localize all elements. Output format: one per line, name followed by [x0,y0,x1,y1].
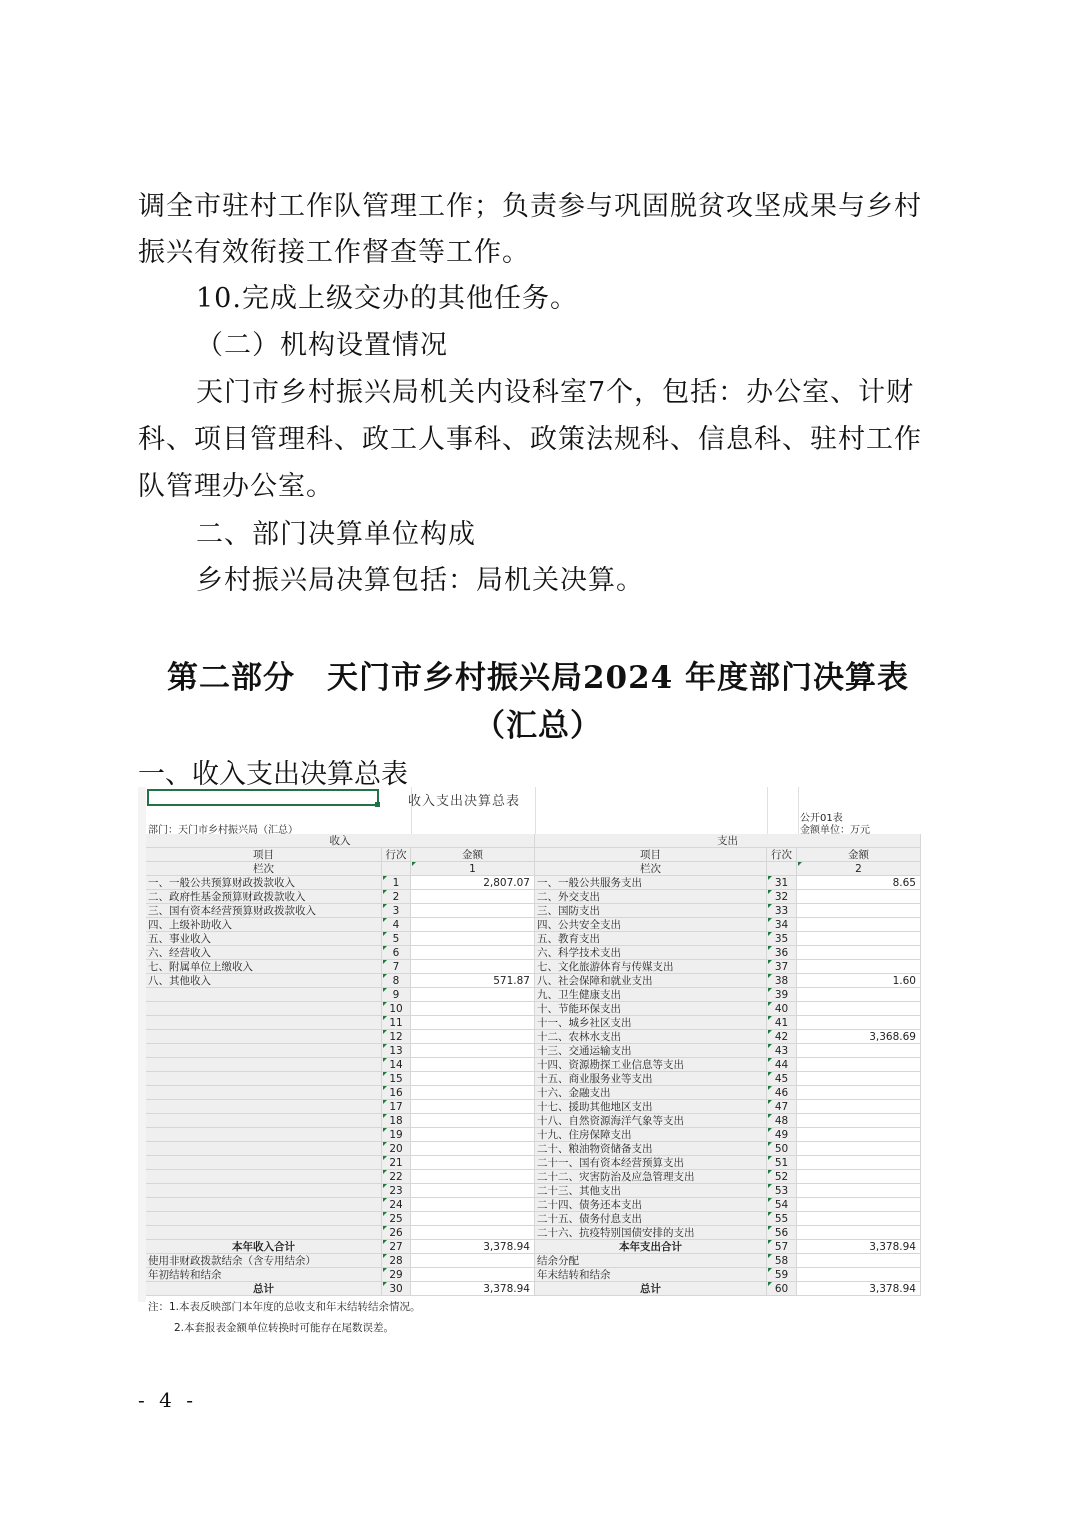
income-amount[interactable] [411,1156,535,1170]
income-item[interactable] [146,1114,382,1128]
expense-item[interactable]: 二十、粮油物资储备支出 [535,1142,767,1156]
error-indicator-icon [768,1058,772,1062]
income-amount[interactable] [411,932,535,946]
error-indicator-icon [383,1268,387,1272]
income-item[interactable] [146,1198,382,1212]
error-indicator-icon [768,960,772,964]
income-item[interactable] [146,1016,382,1030]
table-row: 17十七、援助其他地区支出47 [138,1100,938,1114]
expense-amount[interactable] [797,1156,921,1170]
table-row: 14十四、资源勘探工业信息等支出44 [138,1058,938,1072]
expense-item[interactable]: 四、公共安全支出 [535,918,767,932]
table-row: 总计303,378.94总计603,378.94 [138,1282,938,1296]
table-row: 24二十四、债务还本支出54 [138,1198,938,1212]
income-amount[interactable]: 3,378.94 [411,1240,535,1254]
expense-item[interactable]: 二十一、国有资本经营预算支出 [535,1156,767,1170]
expense-item[interactable]: 十八、自然资源海洋气象等支出 [535,1114,767,1128]
error-indicator-icon [768,918,772,922]
income-amount[interactable] [411,1044,535,1058]
error-indicator-icon [768,988,772,992]
income-amount[interactable] [411,1114,535,1128]
table-row: 15十五、商业服务业等支出45 [138,1072,938,1086]
table-row: 13十三、交通运输支出43 [138,1044,938,1058]
paragraph-line: 二、部门决算单位构成 [196,512,996,558]
table-row: 八、其他收入8571.87八、社会保障和就业支出381.60 [138,974,938,988]
income-item[interactable]: 二、政府性基金预算财政拨款收入 [146,890,382,904]
expense-amount[interactable] [797,946,921,960]
paragraph-line: 振兴有效衔接工作督查等工作。 [138,230,938,276]
expense-item[interactable]: 二十六、抗疫特别国债安排的支出 [535,1226,767,1240]
error-indicator-icon [768,1240,772,1244]
paragraph-line: 科、项目管理科、政工人事科、政策法规科、信息科、驻村工作 [138,417,938,463]
expense-amount[interactable] [797,1086,921,1100]
col-index-label: 栏次 [146,862,382,876]
error-indicator-icon [383,932,387,936]
expense-item[interactable]: 三、国防支出 [535,904,767,918]
table-row: 一、一般公共预算财政拨款收入12,807.07一、一般公共服务支出318.65 [138,876,938,890]
col-index-blank [382,862,411,876]
table-row: 年初结转和结余29年末结转和结余59 [138,1268,938,1282]
col-row-no-header: 行次 [382,848,411,862]
error-indicator-icon [768,932,772,936]
col-index-expense: 2 [797,862,921,876]
error-indicator-icon [383,1114,387,1118]
expense-item[interactable]: 十二、农林水支出 [535,1030,767,1044]
expense-amount[interactable] [797,1044,921,1058]
expense-header: 支出 [535,834,921,848]
table-row: 22二十二、灾害防治及应急管理支出52 [138,1170,938,1184]
expense-amount[interactable] [797,1268,921,1282]
expense-item[interactable]: 九、卫生健康支出 [535,988,767,1002]
error-indicator-icon [383,1086,387,1090]
income-item[interactable] [146,1142,382,1156]
error-indicator-icon [768,1142,772,1146]
error-indicator-icon [383,1226,387,1230]
table-row: 四、上级补助收入4四、公共安全支出34 [138,918,938,932]
income-amount[interactable]: 571.87 [411,974,535,988]
expense-amount[interactable]: 3,378.94 [797,1282,921,1296]
expense-item[interactable]: 二、外交支出 [535,890,767,904]
expense-item[interactable]: 二十五、债务付息支出 [535,1212,767,1226]
error-indicator-icon [383,1282,387,1286]
income-item[interactable]: 总计 [146,1282,382,1296]
income-amount[interactable] [411,1142,535,1156]
income-item[interactable] [146,1100,382,1114]
error-indicator-icon [768,1128,772,1132]
paragraph-line: 队管理办公室。 [138,464,938,510]
error-indicator-icon [768,890,772,894]
error-indicator-icon [383,1100,387,1104]
error-indicator-icon [768,1184,772,1188]
income-amount[interactable] [411,1128,535,1142]
expense-item[interactable]: 二十四、债务还本支出 [535,1198,767,1212]
paragraph-line: 10.完成上级交办的其他任务。 [196,276,996,322]
income-item[interactable]: 八、其他收入 [146,974,382,988]
paragraph-line: 乡村振兴局决算包括：局机关决算。 [196,558,996,604]
income-item[interactable]: 一、一般公共预算财政拨款收入 [146,876,382,890]
expense-item[interactable]: 十五、商业服务业等支出 [535,1072,767,1086]
expense-item[interactable]: 十七、援助其他地区支出 [535,1100,767,1114]
paragraph-line: 天门市乡村振兴局机关内设科室7个，包括：办公室、计财 [196,370,996,416]
expense-item[interactable]: 八、社会保障和就业支出 [535,974,767,988]
error-indicator-icon [383,1058,387,1062]
fill-handle[interactable] [375,802,380,807]
income-item[interactable] [146,1030,382,1044]
expense-item[interactable]: 年末结转和结余 [535,1268,767,1282]
table-row: 26二十六、抗疫特别国债安排的支出56 [138,1226,938,1240]
error-indicator-icon [768,1156,772,1160]
error-indicator-icon [383,1240,387,1244]
error-indicator-icon [383,1184,387,1188]
part-title: 第二部分 天门市乡村振兴局2024 年度部门决算表 [138,652,938,697]
expense-amount[interactable] [797,890,921,904]
error-indicator-icon [768,904,772,908]
income-amount[interactable]: 3,378.94 [411,1282,535,1296]
income-amount[interactable]: 2,807.07 [411,876,535,890]
table-row: 12十二、农林水支出423,368.69 [138,1030,938,1044]
error-indicator-icon [798,862,802,866]
income-amount[interactable] [411,1058,535,1072]
income-item[interactable]: 六、经营收入 [146,946,382,960]
error-indicator-icon [768,1226,772,1230]
income-amount[interactable] [411,1268,535,1282]
col-item-header-2: 项目 [535,848,767,862]
error-indicator-icon [383,1156,387,1160]
error-indicator-icon [383,1002,387,1006]
income-item[interactable] [146,1226,382,1240]
col-index-income: 1 [411,862,535,876]
error-indicator-icon [383,988,387,992]
table-row: 三、国有资本经营预算财政拨款收入3三、国防支出33 [138,904,938,918]
error-indicator-icon [383,918,387,922]
expense-amount[interactable] [797,904,921,918]
expense-item[interactable]: 十三、交通运输支出 [535,1044,767,1058]
table-row: 六、经营收入6六、科学技术支出36 [138,946,938,960]
income-amount[interactable] [411,1016,535,1030]
error-indicator-icon [383,946,387,950]
error-indicator-icon [768,1282,772,1286]
expense-item[interactable]: 总计 [535,1282,767,1296]
table-row: 20二十、粮油物资储备支出50 [138,1142,938,1156]
page-number: - 4 - [138,1388,197,1412]
income-amount[interactable] [411,1100,535,1114]
col-index-label-2: 栏次 [535,862,767,876]
note-2: 2.本套报表金额单位转换时可能存在尾数误差。 [174,1320,394,1335]
expense-amount[interactable] [797,1100,921,1114]
income-item[interactable]: 使用非财政拨款结余（含专用结余） [146,1254,382,1268]
expense-amount[interactable] [797,1170,921,1184]
expense-item[interactable]: 十一、城乡社区支出 [535,1016,767,1030]
spreadsheet-table: 收入支出决算总表 部门：天门市乡村振兴局（汇总） 公开01表 金额单位：万元 收… [138,787,938,1337]
income-item[interactable]: 七、附属单位上缴收入 [146,960,382,974]
section-heading: 一、收入支出决算总表 [138,752,408,791]
error-indicator-icon [768,1016,772,1020]
income-item[interactable] [146,1072,382,1086]
income-amount[interactable] [411,988,535,1002]
expense-amount[interactable] [797,1002,921,1016]
income-amount[interactable] [411,1030,535,1044]
error-indicator-icon [412,862,416,866]
error-indicator-icon [383,1044,387,1048]
error-indicator-icon [768,1198,772,1202]
income-item[interactable] [146,988,382,1002]
table-row: 16十六、金融支出46 [138,1086,938,1100]
expense-item[interactable]: 五、教育支出 [535,932,767,946]
error-indicator-icon [768,1114,772,1118]
error-indicator-icon [383,960,387,964]
paragraph-line: （二）机构设置情况 [196,323,996,369]
error-indicator-icon [768,946,772,950]
paragraph-line: 调全市驻村工作队管理工作；负责参与巩固脱贫攻坚成果与乡村 [138,184,938,230]
table-row: 23二十三、其他支出53 [138,1184,938,1198]
expense-amount[interactable] [797,960,921,974]
error-indicator-icon [383,1212,387,1216]
income-amount[interactable] [411,1254,535,1268]
income-amount[interactable] [411,1198,535,1212]
col-amount-header-2: 金额 [797,848,921,862]
income-item[interactable] [146,1170,382,1184]
expense-amount[interactable]: 1.60 [797,974,921,988]
col-row-no-header-2: 行次 [767,848,797,862]
table-row: 使用非财政拨款结余（含专用结余）28结余分配58 [138,1254,938,1268]
table-row: 本年收入合计273,378.94本年支出合计573,378.94 [138,1240,938,1254]
expense-item[interactable]: 本年支出合计 [535,1240,767,1254]
income-amount[interactable] [411,1226,535,1240]
table-row: 七、附属单位上缴收入7七、文化旅游体育与传媒支出37 [138,960,938,974]
expense-amount[interactable] [797,1114,921,1128]
error-indicator-icon [383,904,387,908]
income-item[interactable]: 年初结转和结余 [146,1268,382,1282]
table-row: 11十一、城乡社区支出41 [138,1016,938,1030]
sheet-title: 收入支出决算总表 [408,790,520,809]
expense-item[interactable]: 结余分配 [535,1254,767,1268]
error-indicator-icon [768,1212,772,1216]
income-item[interactable] [146,1086,382,1100]
error-indicator-icon [768,1044,772,1048]
expense-amount[interactable] [797,1128,921,1142]
error-indicator-icon [768,1002,772,1006]
expense-item[interactable]: 二十二、灾害防治及应急管理支出 [535,1170,767,1184]
income-amount[interactable] [411,1086,535,1100]
error-indicator-icon [768,1030,772,1034]
income-item[interactable] [146,1044,382,1058]
expense-amount[interactable] [797,932,921,946]
table-row: 五、事业收入5五、教育支出35 [138,932,938,946]
col-item-header: 项目 [146,848,382,862]
error-indicator-icon [768,876,772,880]
selected-cell[interactable] [147,789,379,806]
error-indicator-icon [383,1254,387,1258]
error-indicator-icon [768,1254,772,1258]
table-row: 10十、节能环保支出40 [138,1002,938,1016]
error-indicator-icon [768,974,772,978]
col-index-blank-2 [767,862,797,876]
income-amount[interactable] [411,946,535,960]
error-indicator-icon [768,1072,772,1076]
error-indicator-icon [768,1170,772,1174]
table-row: 25二十五、债务付息支出55 [138,1212,938,1226]
expense-amount[interactable] [797,1212,921,1226]
expense-amount[interactable]: 3,368.69 [797,1030,921,1044]
expense-amount[interactable] [797,1016,921,1030]
part-title-sub: （汇总） [138,700,938,745]
table-row: 18十八、自然资源海洋气象等支出48 [138,1114,938,1128]
table-row: 9九、卫生健康支出39 [138,988,938,1002]
expense-item[interactable]: 十六、金融支出 [535,1086,767,1100]
income-item[interactable]: 五、事业收入 [146,932,382,946]
error-indicator-icon [768,1086,772,1090]
income-amount[interactable] [411,1184,535,1198]
income-amount[interactable] [411,1002,535,1016]
expense-amount[interactable] [797,1072,921,1086]
error-indicator-icon [383,1030,387,1034]
income-item[interactable] [146,1058,382,1072]
income-amount[interactable] [411,918,535,932]
error-indicator-icon [383,974,387,978]
table-row: 19十九、住房保障支出49 [138,1128,938,1142]
error-indicator-icon [383,1016,387,1020]
error-indicator-icon [383,890,387,894]
expense-amount[interactable] [797,1142,921,1156]
income-item[interactable] [146,1184,382,1198]
income-amount[interactable] [411,904,535,918]
expense-amount[interactable] [797,1254,921,1268]
income-amount[interactable] [411,960,535,974]
expense-item[interactable]: 七、文化旅游体育与传媒支出 [535,960,767,974]
table-row: 21二十一、国有资本经营预算支出51 [138,1156,938,1170]
expense-amount[interactable] [797,918,921,932]
income-item[interactable] [146,1128,382,1142]
error-indicator-icon [383,1128,387,1132]
table-row: 二、政府性基金预算财政拨款收入2二、外交支出32 [138,890,938,904]
expense-item[interactable]: 十、节能环保支出 [535,1002,767,1016]
income-amount[interactable] [411,1212,535,1226]
income-item[interactable]: 四、上级补助收入 [146,918,382,932]
col-amount-header: 金额 [411,848,535,862]
income-amount[interactable] [411,890,535,904]
income-item[interactable]: 三、国有资本经营预算财政拨款收入 [146,904,382,918]
error-indicator-icon [768,1100,772,1104]
error-indicator-icon [383,1142,387,1146]
error-indicator-icon [768,1268,772,1272]
expense-amount[interactable] [797,1184,921,1198]
income-amount[interactable] [411,1170,535,1184]
expense-item[interactable]: 一、一般公共服务支出 [535,876,767,890]
error-indicator-icon [383,1072,387,1076]
note-1: 注：1.本表反映部门本年度的总收支和年末结转结余情况。 [148,1299,421,1314]
income-item[interactable] [146,1002,382,1016]
expense-amount[interactable] [797,1058,921,1072]
expense-amount[interactable] [797,988,921,1002]
income-item[interactable]: 本年收入合计 [146,1240,382,1254]
expense-amount[interactable]: 3,378.94 [797,1240,921,1254]
expense-item[interactable]: 十九、住房保障支出 [535,1128,767,1142]
expense-amount[interactable]: 8.65 [797,876,921,890]
income-amount[interactable] [411,1072,535,1086]
income-item[interactable] [146,1212,382,1226]
error-indicator-icon [383,1198,387,1202]
expense-item[interactable]: 六、科学技术支出 [535,946,767,960]
error-indicator-icon [383,876,387,880]
expense-amount[interactable] [797,1198,921,1212]
expense-item[interactable]: 十四、资源勘探工业信息等支出 [535,1058,767,1072]
expense-item[interactable]: 二十三、其他支出 [535,1184,767,1198]
expense-amount[interactable] [797,1226,921,1240]
error-indicator-icon [383,1170,387,1174]
income-item[interactable] [146,1156,382,1170]
income-header: 收入 [146,834,535,848]
